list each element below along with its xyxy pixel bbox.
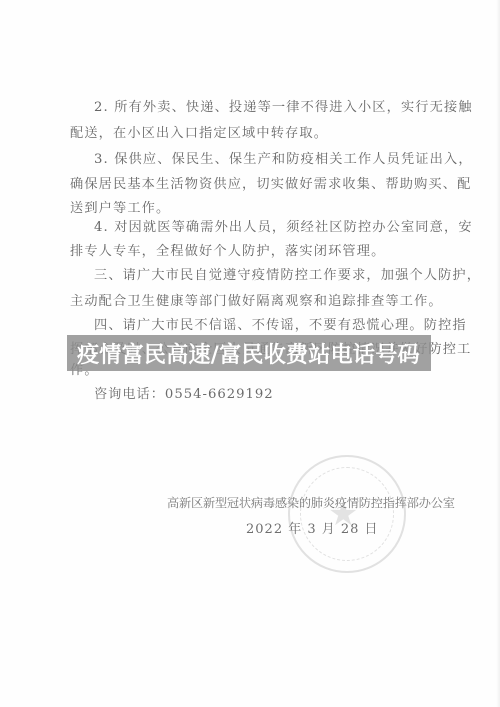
document-line: 三、请广大市民自觉遵守疫情防控工作要求，加强个人防护， bbox=[94, 264, 481, 283]
issue-date: 2022 年 3 月 28 日 bbox=[246, 518, 379, 537]
document-line: 四、请广大市民不信谣、不传谣，不要有恐慌心理。防控指 bbox=[94, 314, 467, 333]
document-line: 3. 保供应、保民生、保生产和防疫相关工作人员凭证出入， bbox=[94, 148, 473, 167]
document-line: 4. 对因就医等确需外出人员，须经社区防控办公室同意，安 bbox=[94, 216, 473, 235]
document-line: 主动配合卫生健康等部门做好隔离观察和追踪排查等工作。 bbox=[70, 290, 443, 309]
document-line: 确保居民基本生活物资供应，切实做好需求收集、帮助购买、配 bbox=[70, 173, 471, 192]
contact-phone: 咨询电话：0554-6629192 bbox=[94, 383, 274, 402]
issuer-signature: 高新区新型冠状病毒感染的肺炎疫情防控指挥部办公室 bbox=[167, 494, 455, 511]
document-line: 配送，在小区出入口指定区域中转存取。 bbox=[70, 122, 328, 141]
document-line: 2. 所有外卖、快递、投递等一律不得进入小区，实行无接触 bbox=[94, 96, 473, 115]
title-banner: 疫情富民高速/富民收费站电话号码 bbox=[67, 335, 431, 371]
page-edge-shadow bbox=[496, 0, 500, 707]
banner-title: 疫情富民高速/富民收费站电话号码 bbox=[67, 338, 420, 369]
document-line: 排专人专车，全程做好个人防护，落实闭环管理。 bbox=[70, 240, 385, 259]
document-line: 送到户等工作。 bbox=[70, 197, 170, 216]
official-seal: ★ bbox=[288, 455, 406, 573]
